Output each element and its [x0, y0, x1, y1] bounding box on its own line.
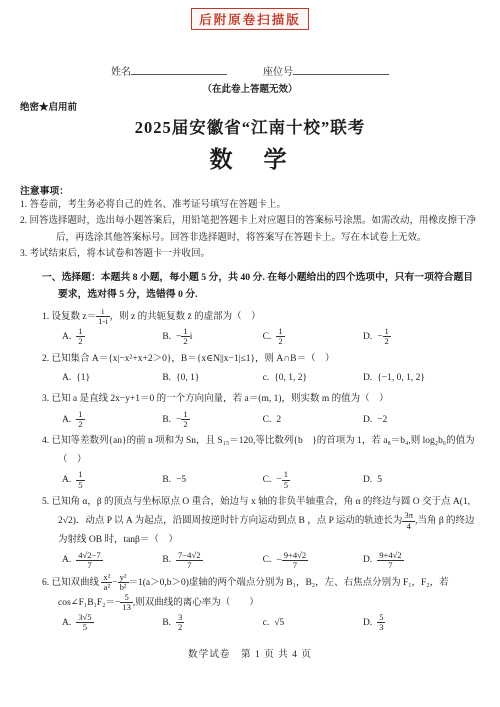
option-label: B. [162, 373, 171, 383]
name-blank [131, 65, 227, 75]
option: D.9+4√27 [363, 551, 463, 571]
fraction: 9+4√27 [377, 551, 403, 571]
option-label: B. [162, 415, 171, 425]
fraction: 3√55 [76, 613, 93, 633]
option-label: c. [263, 373, 270, 383]
option: A.3√55 [62, 613, 162, 633]
notice-item: 3. 考试结束后，将本试卷和答题卡一并收回。 [20, 246, 480, 262]
scan-version-watermark: 后附原卷扫描版 [191, 8, 309, 30]
fraction: 12 [76, 327, 84, 347]
option: C.−9+4√27 [263, 551, 363, 571]
option-label: B. [162, 332, 171, 342]
section1-heading: 一、选择题：本题共 8 小题，每小题 5 分，共 40 分. 在每小题给出的四个… [42, 269, 480, 303]
option: A.{1} [62, 373, 162, 383]
option: D.5 [363, 475, 463, 485]
option: B.−5 [162, 475, 262, 485]
option: C.12 [263, 327, 363, 347]
option: A.12 [62, 327, 162, 347]
option-label: B. [162, 618, 171, 628]
option: C.2 [263, 415, 363, 425]
option: D.−2 [363, 415, 463, 425]
notices-list: 1. 答卷前，考生务必将自己的姓名、准考证号填写在答题卡上。2. 回答选择题时，… [20, 197, 480, 262]
option: B.7−4√27 [162, 551, 262, 571]
name-field: 姓名 [111, 63, 227, 78]
option: A.12 [62, 410, 162, 430]
fraction: 53 [377, 613, 385, 633]
option-label: A. [62, 555, 71, 565]
fraction: 15 [76, 470, 84, 490]
question-6-options: A.3√55B.32c.√5D.53 [62, 613, 480, 633]
fraction: 12 [181, 410, 189, 430]
question-1-text: ，则 z 的共轭复数 z̄ 的虚部为（ ） [110, 312, 261, 322]
question-3-options: A.12B.−12C.2D.−2 [62, 410, 480, 430]
notices-heading: 注意事项： [20, 183, 480, 197]
question-6: 6. 已知双曲线 x²a²−y²b²＝1(a＞0,b＞0)虚轴的两个端点分别为 … [42, 573, 480, 612]
fraction: 12 [181, 327, 189, 347]
option: D.53 [363, 613, 463, 633]
option-label: B. [162, 475, 171, 485]
option-label: A. [62, 618, 71, 628]
question-5-options: A.4√2−77B.7−4√27C.−9+4√27D.9+4√27 [62, 551, 480, 571]
name-label: 姓名 [111, 67, 131, 78]
question-1-text: 1. 设复数 z＝ [42, 312, 96, 322]
option-label: A. [62, 332, 71, 342]
option-label: D. [363, 415, 372, 425]
option-label: D. [363, 475, 372, 485]
question-2-options: A.{1}B.{0, 1}c.{0, 1, 2}D.{−1, 0, 1, 2} [62, 369, 480, 387]
seat-field: 座位号 [263, 63, 389, 78]
option-label: C. [263, 475, 272, 485]
question-3: 3. 已知 a 是直线 2x−y+1＝0 的一个方向向量，若 a＝(m, 1)，… [42, 390, 480, 409]
option-label: C. [263, 555, 272, 565]
option-label: C. [263, 332, 272, 342]
fraction: 12 [276, 327, 284, 347]
fraction: 3π4 [402, 511, 415, 531]
fraction: 12 [76, 410, 84, 430]
subject-title: 数 学 [20, 141, 480, 174]
question-2: 2. 已知集合 A＝{x|−x²+x+2＞0}，B＝{x∈N||x−1|≤1}，… [42, 350, 480, 369]
page-footer: 数学试卷 第 1 页 共 4 页 [20, 646, 480, 660]
question-1-options: A.12B.−12iC.12D.−12 [62, 327, 480, 347]
option: D.−12 [363, 327, 463, 347]
option: B.−12 [162, 410, 262, 430]
notice-item: 1. 答卷前，考生务必将自己的姓名、准考证号填写在答题卡上。 [20, 197, 480, 213]
fraction: 32 [176, 613, 184, 633]
question-4-options: A.15B.−5C.−15D.5 [62, 470, 480, 490]
fraction: i1-i [96, 307, 110, 327]
exam-title: 2025届安徽省“江南十校”联考 [20, 114, 480, 138]
option: A.4√2−77 [62, 551, 162, 571]
option-label: D. [363, 618, 372, 628]
fraction: x²a² [101, 573, 112, 593]
exam-paper-page: 后附原卷扫描版 姓名 座位号 （在此卷上答题无效） 绝密★启用前 2025届安徽… [0, 0, 500, 707]
option: B.32 [162, 613, 262, 633]
fraction: 12 [383, 327, 391, 347]
option-label: D. [363, 373, 372, 383]
fraction: y²b² [118, 573, 129, 593]
question-4: 4. 已知等差数列{an}的前 n 项和为 Sn，且 S₁₅＝120,等比数列{… [42, 432, 480, 469]
question-1: 1. 设复数 z＝i1-i，则 z 的共轭复数 z̄ 的虚部为（ ） [42, 307, 480, 327]
seat-label: 座位号 [263, 67, 293, 78]
option-label: A. [62, 373, 71, 383]
notice-item: 2. 回答选择题时，选出每小题答案后，用铅笔把答题卡上对应题目的答案标号涂黑。如… [20, 213, 480, 246]
invalid-note: （在此卷上答题无效） [20, 81, 480, 95]
option: B.−12i [162, 327, 262, 347]
option: c.√5 [263, 618, 363, 628]
fraction: 7−4√27 [176, 551, 202, 571]
question-6-text: ,则双曲线的离心率为（ ） [133, 598, 259, 608]
option-label: D. [363, 332, 372, 342]
option-label: B. [162, 555, 171, 565]
seat-blank [293, 65, 389, 75]
option-label: c. [263, 618, 270, 628]
option-label: A. [62, 475, 71, 485]
fraction: 513 [120, 593, 133, 613]
option-label: A. [62, 415, 71, 425]
candidate-info-row: 姓名 座位号 [20, 63, 480, 78]
option: B.{0, 1} [162, 373, 262, 383]
option: D.{−1, 0, 1, 2} [363, 373, 463, 383]
question-5: 5. 已知角 α，β 的顶点与坐标原点 O 重合，始边与 x 轴的非负半轴重合，… [42, 493, 480, 550]
option: A.15 [62, 470, 162, 490]
option-label: D. [363, 555, 372, 565]
fraction: 15 [282, 470, 290, 490]
fraction: 4√2−77 [76, 551, 102, 571]
watermark-row: 后附原卷扫描版 [20, 8, 480, 30]
secret-label: 绝密★启用前 [20, 99, 480, 113]
question-6-text: 6. 已知双曲线 [42, 578, 101, 588]
fraction: 9+4√27 [282, 551, 308, 571]
option: c.{0, 1, 2} [263, 373, 363, 383]
option: C.−15 [263, 470, 363, 490]
option-label: C. [263, 415, 272, 425]
